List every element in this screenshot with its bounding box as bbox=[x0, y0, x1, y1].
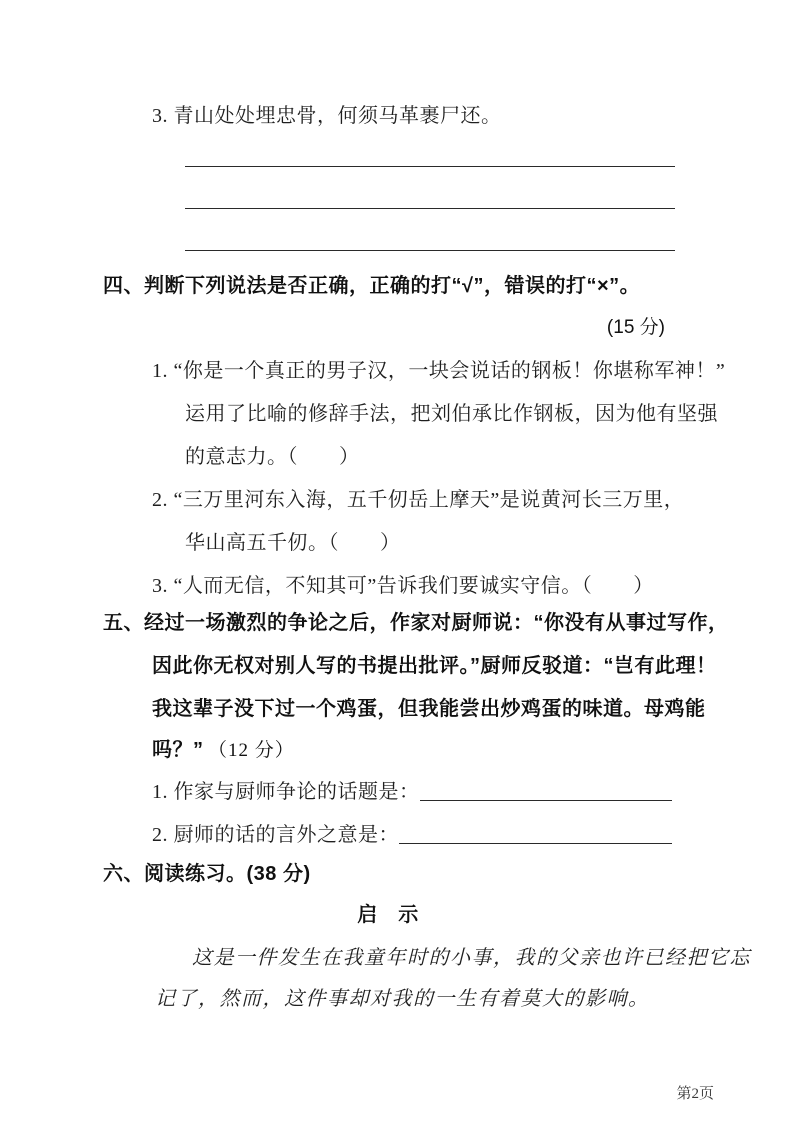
passage-title: 启 示 bbox=[103, 901, 673, 929]
answer-blank-line bbox=[399, 843, 672, 844]
answer-blank-line bbox=[185, 181, 675, 209]
section5-heading-line4-text: 吗？” bbox=[152, 739, 204, 761]
exam-page: 3. 青山处处埋忠骨，何须马革裹尸还。 四、判断下列说法是否正确，正确的打“√”… bbox=[0, 0, 793, 1122]
answer-blank-line bbox=[185, 139, 675, 167]
section5-heading-line4: 吗？”（12 分） bbox=[152, 736, 295, 765]
passage-line2: 记了，然而，这件事却对我的一生有着莫大的影响。 bbox=[155, 984, 650, 1012]
section5-heading-line2: 因此你无权对别人写的书提出批评。”厨师反驳道：“岂有此理！ bbox=[152, 652, 717, 680]
question3-line: 3. 青山处处埋忠骨，何须马革裹尸还。 bbox=[152, 102, 502, 130]
section5-item1: 1. 作家与厨师争论的话题是： bbox=[152, 778, 672, 806]
section4-heading: 四、判断下列说法是否正确，正确的打“√”，错误的打“×”。 bbox=[103, 272, 640, 300]
section6-heading: 六、阅读练习。(38 分) bbox=[103, 860, 311, 888]
section4-item3-line1: 3. “人而无信，不知其可”告诉我们要诚实守信。（ ） bbox=[152, 572, 654, 600]
section4-item1-line2: 运用了比喻的修辞手法，把刘伯承比作钢板，因为他有坚强 bbox=[185, 400, 718, 428]
section5-score: （12 分） bbox=[218, 740, 295, 761]
section4-item2-line2: 华山高五千仞。（ ） bbox=[185, 529, 401, 557]
passage-line1: 这是一件发生在我童年时的小事，我的父亲也许已经把它忘 bbox=[192, 943, 751, 971]
section4-score: (15 分) bbox=[607, 314, 665, 342]
section4-item1-line3: 的意志力。（ ） bbox=[185, 443, 360, 471]
section5-item2-label: 2. 厨师的话的言外之意是： bbox=[152, 821, 399, 849]
section4-item2-line1: 2. “三万里河东入海，五千仞岳上摩天”是说黄河长三万里， bbox=[152, 486, 684, 514]
section5-heading-line3: 我这辈子没下过一个鸡蛋，但我能尝出炒鸡蛋的味道。母鸡能 bbox=[152, 695, 706, 723]
section5-item2: 2. 厨师的话的言外之意是： bbox=[152, 821, 672, 849]
section5-item1-label: 1. 作家与厨师争论的话题是： bbox=[152, 778, 420, 806]
page-number: 第2页 bbox=[676, 1082, 714, 1103]
answer-blank-line bbox=[420, 800, 673, 801]
answer-blank-line bbox=[185, 223, 675, 251]
section4-item1-line1: 1. “你是一个真正的男子汉，一块会说话的钢板！你堪称军神！” bbox=[152, 357, 725, 385]
section5-heading-line1: 五、经过一场激烈的争论之后，作家对厨师说：“你没有从事过写作， bbox=[103, 609, 729, 637]
